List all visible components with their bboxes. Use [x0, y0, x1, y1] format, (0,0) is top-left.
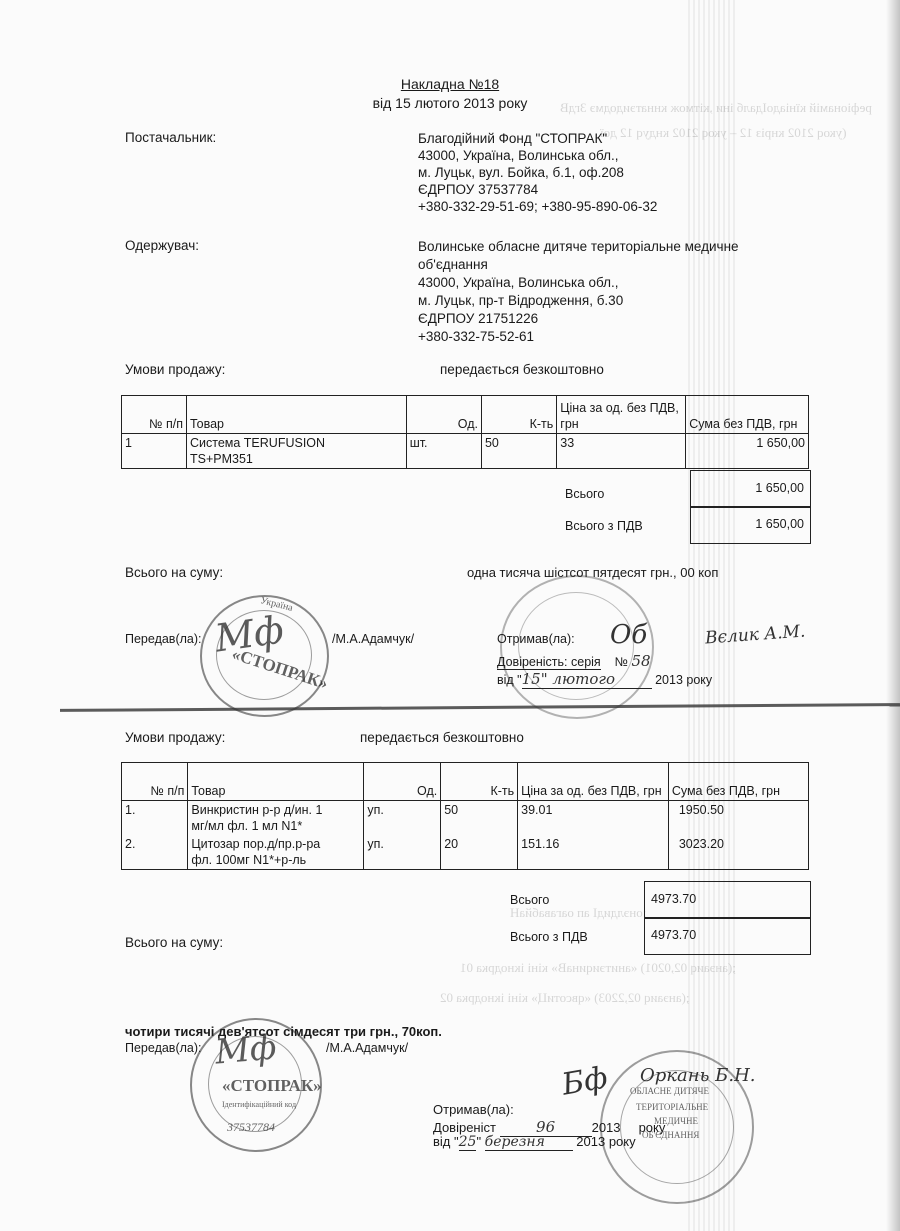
col-unit: Од. [406, 396, 481, 434]
table-row: 1. Винкристин р-р д/ин. 1мг/мл фл. 1 мл … [122, 801, 809, 836]
row-num: 2. [122, 835, 188, 870]
row-item: Система TERUFUSIONTS+PM351 [186, 434, 406, 469]
row-item-line1: Цитозар пор.д/пр.р-ра [191, 836, 360, 852]
row-qty: 20 [441, 835, 518, 870]
total-box: 1 650,00 [690, 470, 811, 508]
recipient-label: Одержувач: [125, 238, 199, 253]
row-unit: уп. [364, 835, 441, 870]
supplier-name: Благодійний Фонд "СТОПРАК" [418, 130, 657, 147]
sender-name-2: /М.А.Адамчук/ [326, 1041, 408, 1055]
total-vat-label-2: Всього з ПДВ [510, 930, 588, 944]
terms-label-2: Умови продажу: [125, 730, 225, 745]
table-header-row: № п/п Товар Од. К-ть Ціна за од. без ПДВ… [122, 763, 809, 801]
row-item: Цитозар пор.д/пр.р-рафл. 100мг N1*+р-ль [188, 835, 364, 870]
row-sum: 1950.50 [668, 801, 808, 836]
row-sum: 3023.20 [668, 835, 808, 870]
total-vat-label: Всього з ПДВ [565, 519, 643, 533]
terms-value: передається безкоштовно [440, 362, 604, 377]
recipient-edrpou: ЄДРПОУ 21751226 [418, 310, 739, 328]
stamp-code-label: Ідентифікаційний код [222, 1100, 296, 1109]
row-item-line1: Винкристин р-р д/ин. 1 [191, 802, 360, 818]
supplier-edrpou: ЄДРПОУ 37537784 [418, 181, 657, 198]
bleed-through-text: ;(анэаиq 02,0201) «анитэиqинаВ» кіні ікн… [460, 960, 736, 976]
sender-label-2: Передав(ла): [125, 1041, 202, 1055]
receiver-signature-2: Бф [559, 1060, 610, 1102]
row-num: 1. [122, 801, 188, 836]
supplier-address2: м. Луцьк, вул. Бойка, б.1, оф.208 [418, 164, 657, 181]
sum-words-label-2: Всього на суму: [125, 935, 223, 950]
row-price: 151.16 [518, 835, 669, 870]
col-sum: Сума без ПДВ, грн [668, 763, 808, 801]
page-fold-line [60, 703, 900, 712]
total-vat-box: 1 650,00 [690, 506, 811, 544]
total-vat-value: 1 650,00 [755, 517, 804, 531]
recipient-name-cont: об'єднання [418, 256, 739, 274]
proxy-date-month-2: березня [485, 1134, 573, 1151]
stamp-line2: ТЕРИТОРІАЛЬНЕ [636, 1102, 708, 1112]
receiver-initials-signature: Об [610, 620, 647, 650]
invoice-title: Накладна №18 [0, 76, 900, 92]
col-num: № п/п [122, 763, 188, 801]
proxy-date-prefix-2: від " [433, 1134, 459, 1149]
row-unit: шт. [406, 434, 481, 469]
supplier-label: Постачальник: [125, 130, 216, 145]
items-table-2: № п/п Товар Од. К-ть Ціна за од. без ПДВ… [121, 762, 809, 870]
stamp-code: 37537784 [227, 1120, 275, 1135]
row-qty: 50 [441, 801, 518, 836]
recipient-block: Волинське обласне дитяче територіальне м… [418, 238, 739, 346]
col-sum: Сума без ПДВ, грн [686, 396, 809, 434]
stamp-name: «СТОПРАК» [222, 1076, 322, 1096]
stamp-line1: ОБЛАСНЕ ДИТЯЧЕ [630, 1086, 709, 1096]
sender-label: Передав(ла): [125, 632, 202, 646]
terms-label: Умови продажу: [125, 362, 225, 377]
supplier-phones: +380-332-29-51-69; +380-95-890-06-32 [418, 198, 657, 215]
terms-value-2: передається безкоштовно [360, 730, 524, 745]
table-row: 1 Система TERUFUSIONTS+PM351 шт. 50 33 1… [122, 434, 809, 469]
col-price: Ціна за од. без ПДВ, грн [518, 763, 669, 801]
total-label: Всього [565, 487, 604, 501]
col-unit: Од. [364, 763, 441, 801]
row-item-line2: мг/мл фл. 1 мл N1* [191, 818, 360, 834]
recipient-address1: 43000, Україна, Волинська обл., [418, 274, 739, 292]
row-price: 39.01 [518, 801, 669, 836]
row-price: 33 [557, 434, 686, 469]
col-qty: К-ть [481, 396, 556, 434]
total-vat-box-2: 4973.70 [644, 917, 811, 955]
scan-artifact-strip [688, 0, 736, 1231]
row-qty: 50 [481, 434, 556, 469]
row-item: Винкристин р-р д/ин. 1мг/мл фл. 1 мл N1* [188, 801, 364, 836]
row-sum: 1 650,00 [686, 434, 809, 469]
bleed-through-text: ;(анэаиq 02,2203) «qвсотиЦ» кіні ікнодрк… [440, 990, 690, 1006]
stamp-overlay-signature: Оркань Б.Н. [640, 1065, 756, 1086]
row-item-line2: TS+PM351 [190, 451, 403, 467]
invoice-date: від 15 лютого 2013 року [0, 95, 900, 111]
col-item: Товар [188, 763, 364, 801]
row-num: 1 [122, 434, 187, 469]
proxy-date-year: 2013 року [655, 673, 712, 687]
total-value: 1 650,00 [755, 481, 804, 495]
row-unit: уп. [364, 801, 441, 836]
total-value-2: 4973.70 [651, 892, 696, 906]
total-vat-value-2: 4973.70 [651, 928, 696, 942]
sum-words-label: Всього на суму: [125, 565, 223, 580]
recipient-name: Волинське обласне дитяче територіальне м… [418, 238, 739, 256]
total-box-2: 4973.70 [644, 881, 811, 919]
sender-name: /М.А.Адамчук/ [332, 632, 414, 646]
col-item: Товар [186, 396, 406, 434]
col-qty: К-ть [441, 763, 518, 801]
proxy-label-2: Довіреніст [433, 1120, 496, 1135]
supplier-block: Благодійний Фонд "СТОПРАК" 43000, Україн… [418, 130, 657, 215]
items-table-1: № п/п Товар Од. К-ть Ціна за од. без ПДВ… [121, 395, 809, 469]
stamp-line3: МЕДИЧНЕ [654, 1116, 698, 1126]
table-row: 2. Цитозар пор.д/пр.р-рафл. 100мг N1*+р-… [122, 835, 809, 870]
row-item-line2: фл. 100мг N1*+р-ль [191, 852, 360, 868]
recipient-address2: м. Луцьк, пр-т Відродження, б.30 [418, 292, 739, 310]
supplier-address1: 43000, Україна, Волинська обл., [418, 147, 657, 164]
table-header-row: № п/п Товар Од. К-ть Ціна за од. без ПДВ… [122, 396, 809, 434]
recipient-phone: +380-332-75-52-61 [418, 328, 739, 346]
col-price: Ціна за од. без ПДВ, грн [557, 396, 686, 434]
receiver-label-2: Отримав(ла): [433, 1102, 514, 1117]
total-label-2: Всього [510, 893, 549, 907]
sender-signature-2: Мф [213, 1027, 278, 1072]
stamp-line4: ОБ'ЄДНАННЯ [642, 1130, 699, 1140]
bleed-through-text: :онэлдидІ ап оагавабйаН [510, 905, 646, 921]
row-item-line1: Система TERUFUSION [190, 435, 403, 451]
proxy-date-day-2: 25 [459, 1134, 477, 1151]
col-num: № п/п [122, 396, 187, 434]
scan-edge-shadow [886, 0, 900, 1231]
